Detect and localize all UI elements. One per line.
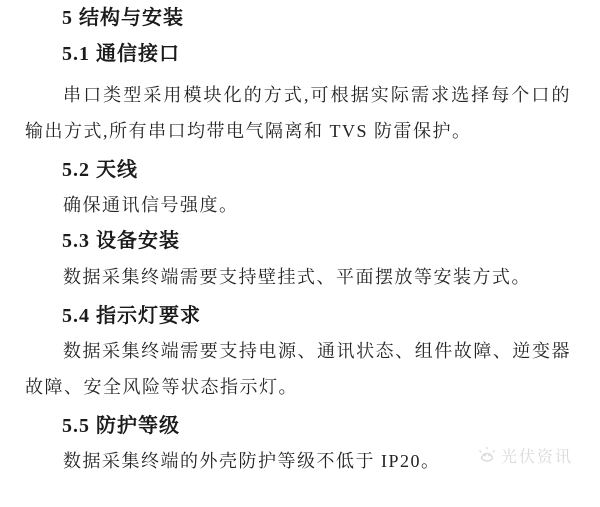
- heading-device-installation: 5.3 设备安装: [62, 231, 180, 251]
- watermark: 光伏资讯: [476, 444, 573, 467]
- paragraph-communication-interface: 串口类型采用模块化的方式,可根据实际需求选择每个口的输出方式,所有串口均带电气隔…: [25, 77, 571, 149]
- document-page: 5 结构与安装 5.1 通信接口 串口类型采用模块化的方式,可根据实际需求选择每…: [0, 0, 600, 507]
- heading-protection-rating: 5.5 防护等级: [62, 416, 180, 436]
- watermark-label: 光伏资讯: [501, 444, 573, 467]
- heading-antenna: 5.2 天线: [62, 160, 138, 180]
- paragraph-device-installation: 数据采集终端需要支持壁挂式、平面摆放等安装方式。: [25, 259, 571, 295]
- paragraph-antenna: 确保通讯信号强度。: [25, 187, 571, 223]
- heading-communication-interface: 5.1 通信接口: [62, 44, 180, 64]
- heading-structure-installation: 5 结构与安装: [62, 8, 184, 28]
- sun-logo-icon: [476, 445, 498, 467]
- paragraph-indicator-requirements: 数据采集终端需要支持电源、通讯状态、组件故障、逆变器故障、安全风险等状态指示灯。: [25, 333, 571, 405]
- heading-indicator-requirements: 5.4 指示灯要求: [62, 306, 201, 326]
